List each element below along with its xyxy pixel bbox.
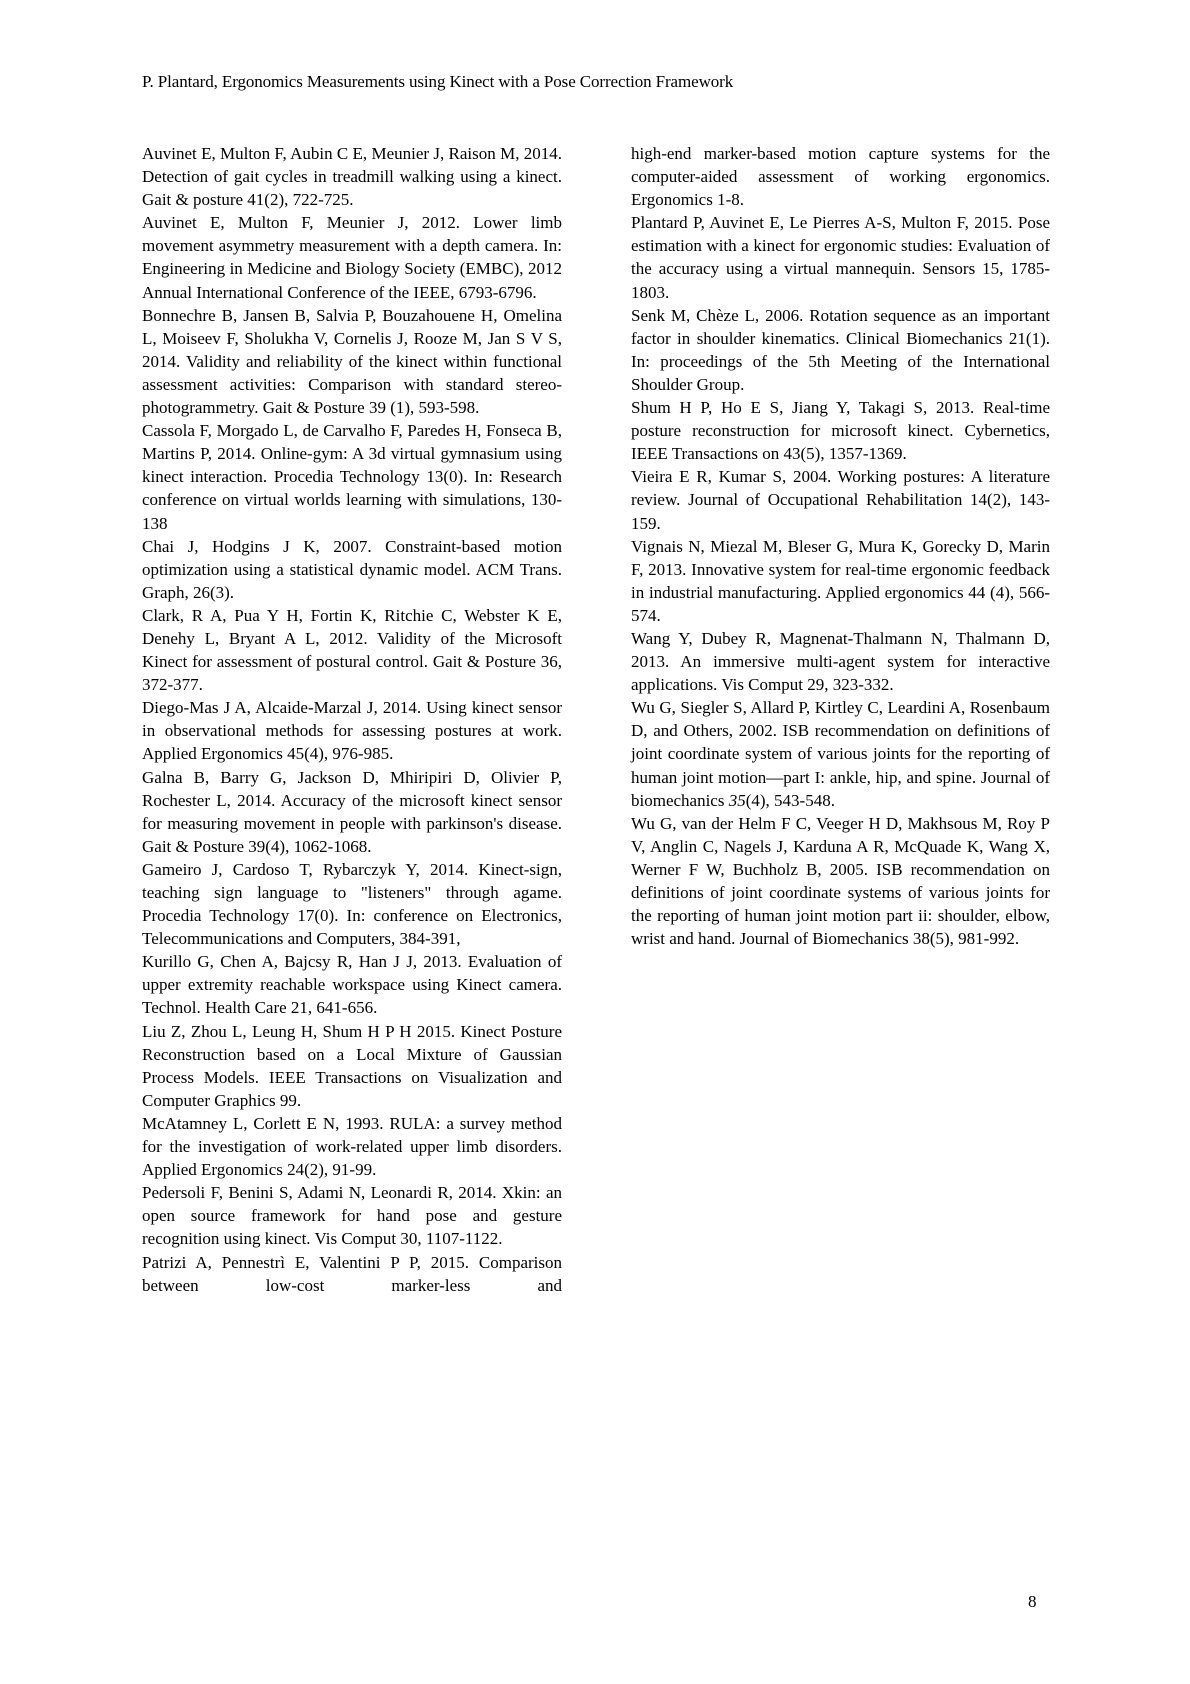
reference-entry: McAtamney L, Corlett E N, 1993. RULA: a … [142,1112,562,1181]
reference-entry: Auvinet E, Multon F, Meunier J, 2012. Lo… [142,211,562,303]
references-right-column: high-end marker-based motion capture sys… [631,142,1050,950]
page-number: 8 [1028,1592,1037,1612]
reference-entry: Wang Y, Dubey R, Magnenat-Thalmann N, Th… [631,627,1050,696]
reference-entry: Senk M, Chèze L, 2006. Rotation sequence… [631,304,1050,396]
reference-entry-continued: high-end marker-based motion capture sys… [631,142,1050,211]
reference-entry: Diego-Mas J A, Alcaide-Marzal J, 2014. U… [142,696,562,765]
reference-entry: Wu G, van der Helm F C, Veeger H D, Makh… [631,812,1050,951]
reference-entry: Vieira E R, Kumar S, 2004. Working postu… [631,465,1050,534]
reference-entry: Patrizi A, Pennestrì E, Valentini P P, 2… [142,1251,562,1297]
reference-entry: Kurillo G, Chen A, Bajcsy R, Han J J, 20… [142,950,562,1019]
reference-entry: Auvinet E, Multon F, Aubin C E, Meunier … [142,142,562,211]
reference-entry: Liu Z, Zhou L, Leung H, Shum H P H 2015.… [142,1020,562,1112]
volume-number-italic: 35 [729,791,746,810]
reference-entry: Vignais N, Miezal M, Bleser G, Mura K, G… [631,535,1050,627]
reference-entry: Clark, R A, Pua Y H, Fortin K, Ritchie C… [142,604,562,696]
reference-text: Wu G, Siegler S, Allard P, Kirtley C, Le… [631,698,1050,809]
reference-entry: Plantard P, Auvinet E, Le Pierres A-S, M… [631,211,1050,303]
references-left-column: Auvinet E, Multon F, Aubin C E, Meunier … [142,142,562,1297]
reference-entry: Wu G, Siegler S, Allard P, Kirtley C, Le… [631,696,1050,811]
reference-entry: Gameiro J, Cardoso T, Rybarczyk Y, 2014.… [142,858,562,950]
reference-text: (4), 543-548. [746,791,835,810]
reference-entry: Galna B, Barry G, Jackson D, Mhiripiri D… [142,766,562,858]
running-header: P. Plantard, Ergonomics Measurements usi… [142,72,733,92]
reference-entry: Chai J, Hodgins J K, 2007. Constraint-ba… [142,535,562,604]
reference-entry: Bonnechre B, Jansen B, Salvia P, Bouzaho… [142,304,562,419]
reference-entry: Shum H P, Ho E S, Jiang Y, Takagi S, 201… [631,396,1050,465]
reference-entry: Pedersoli F, Benini S, Adami N, Leonardi… [142,1181,562,1250]
reference-entry: Cassola F, Morgado L, de Carvalho F, Par… [142,419,562,534]
